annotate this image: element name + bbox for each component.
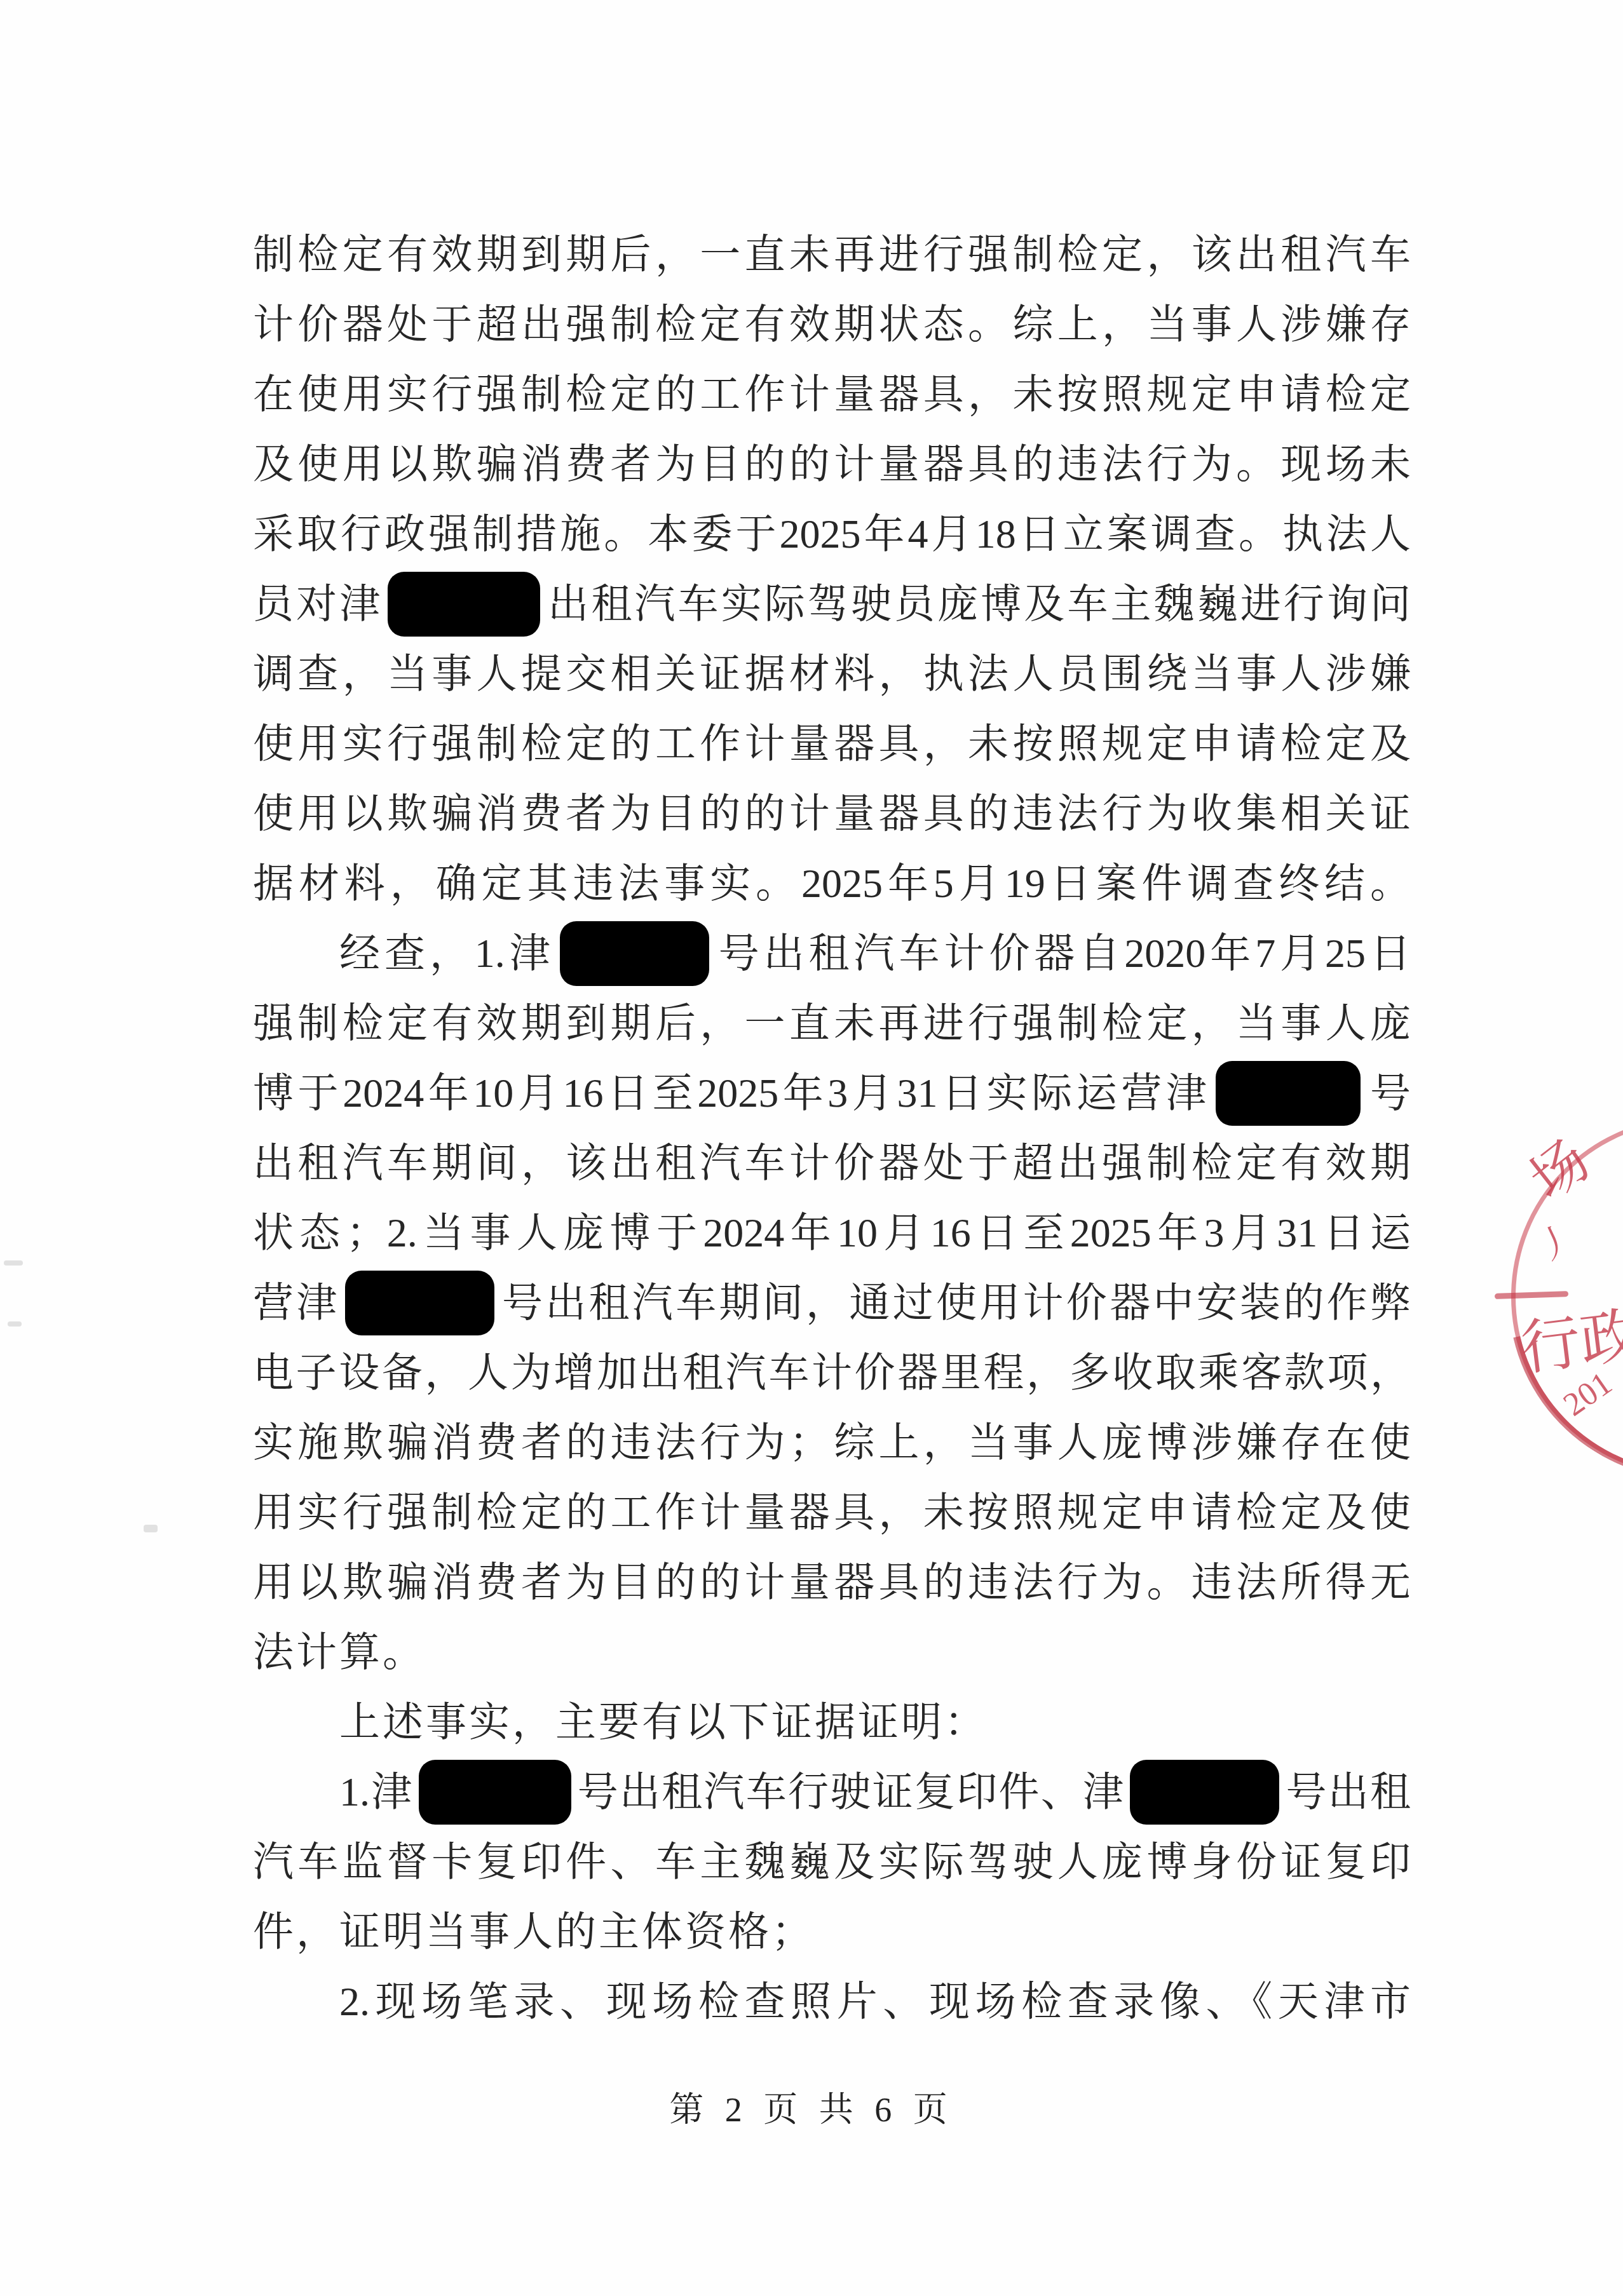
text-segment: 采取行政强制措施。本委于2025年4月18日立案调查。执法人 xyxy=(253,511,1411,557)
text-line: 制检定有效期到期后，一直未再进行强制检定，该出租汽车 xyxy=(253,220,1411,290)
page-footer: 第 2 页 共 6 页 xyxy=(0,2083,1623,2131)
text-segment: 状态；2.当事人庞博于2024年10月16日至2025年3月31日运 xyxy=(253,1210,1411,1255)
text-line: 及使用以欺骗消费者为目的的计量器具的违法行为。现场未 xyxy=(253,429,1411,499)
text-line: 在使用实行强制检定的工作计量器具，未按照规定申请检定 xyxy=(253,360,1411,429)
text-line: 员对津出租汽车实际驾驶员庞博及车主魏巍进行询问 xyxy=(253,569,1411,639)
text-segment: 汽车监督卡复印件、车主魏巍及实际驾驶人庞博身份证复印 xyxy=(253,1839,1411,1884)
redaction-bar xyxy=(345,1271,494,1335)
text-segment: 号出租汽车期间，通过使用计价器中安装的作弊 xyxy=(499,1280,1411,1325)
text-line: 使用以欺骗消费者为目的的计量器具的违法行为收集相关证 xyxy=(253,779,1411,849)
text-segment: 在使用实行强制检定的工作计量器具，未按照规定申请检定 xyxy=(253,372,1411,417)
text-line: 调查，当事人提交相关证据材料，执法人员围绕当事人涉嫌 xyxy=(253,639,1411,709)
text-line: 用以欺骗消费者为目的的计量器具的违法行为。违法所得无 xyxy=(253,1548,1411,1617)
redaction-bar xyxy=(560,921,709,986)
text-line: 据材料，确定其违法事实。2025年5月19日案件调查终结。 xyxy=(253,849,1411,919)
text-segment: 号出租 xyxy=(1284,1769,1411,1814)
text-line: 1.津号出租汽车行驶证复印件、津号出租 xyxy=(253,1757,1411,1827)
scan-artifact xyxy=(4,1260,23,1266)
text-segment: 使用以欺骗消费者为目的的计量器具的违法行为收集相关证 xyxy=(253,791,1411,836)
text-segment: 出租汽车实际驾驶员庞博及车主魏巍进行询问 xyxy=(545,581,1411,626)
text-line: 2.现场笔录、现场检查照片、现场检查录像、《天津市 xyxy=(253,1967,1411,2037)
text-segment: 用实行强制检定的工作计量器具，未按照规定申请检定及使 xyxy=(253,1490,1411,1535)
text-line: 计价器处于超出强制检定有效期状态。综上，当事人涉嫌存 xyxy=(253,290,1411,360)
text-line: 强制检定有效期到期后，一直未再进行强制检定，当事人庞 xyxy=(253,989,1411,1058)
document-body: 制检定有效期到期后，一直未再进行强制检定，该出租汽车计价器处于超出强制检定有效期… xyxy=(253,220,1411,2037)
text-line: 电子设备，人为增加出租汽车计价器里程，多收取乘客款项， xyxy=(253,1338,1411,1408)
text-segment: 出租汽车期间，该出租汽车计价器处于超出强制检定有效期 xyxy=(253,1140,1411,1185)
text-line: 上述事实，主要有以下证据证明： xyxy=(253,1687,1411,1757)
text-segment: 强制检定有效期到期后，一直未再进行强制检定，当事人庞 xyxy=(253,1001,1411,1046)
text-segment: 电子设备，人为增加出租汽车计价器里程，多收取乘客款项， xyxy=(253,1350,1411,1395)
text-segment: 1.津 xyxy=(339,1769,414,1814)
scan-artifact xyxy=(8,1321,22,1327)
text-segment: 号出租汽车计价器自2020年7月25日 xyxy=(714,931,1411,976)
text-line: 博于2024年10月16日至2025年3月31日实际运营津号 xyxy=(253,1058,1411,1128)
text-segment: 上述事实，主要有以下证据证明： xyxy=(339,1699,988,1745)
redaction-bar xyxy=(1130,1760,1279,1825)
text-segment: 实施欺骗消费者的违法行为；综上，当事人庞博涉嫌存在使 xyxy=(253,1420,1411,1465)
text-segment: 用以欺骗消费者为目的的计量器具的违法行为。违法所得无 xyxy=(253,1560,1411,1605)
text-line: 使用实行强制检定的工作计量器具，未按照规定申请检定及 xyxy=(253,709,1411,779)
text-line: 采取行政强制措施。本委于2025年4月18日立案调查。执法人 xyxy=(253,499,1411,569)
text-line: 经查，1.津号出租汽车计价器自2020年7月25日 xyxy=(253,919,1411,989)
text-segment: 件，证明当事人的主体资格； xyxy=(253,1909,815,1954)
text-segment: 法计算。 xyxy=(253,1630,426,1675)
text-segment: 及使用以欺骗消费者为目的的计量器具的违法行为。现场未 xyxy=(253,442,1411,487)
text-segment: 博于2024年10月16日至2025年3月31日实际运营津 xyxy=(253,1070,1211,1116)
text-line: 用实行强制检定的工作计量器具，未按照规定申请检定及使 xyxy=(253,1478,1411,1548)
text-segment: 调查，当事人提交相关证据材料，执法人员围绕当事人涉嫌 xyxy=(253,651,1411,696)
scan-artifact xyxy=(144,1525,158,1532)
text-segment: 经查，1.津 xyxy=(339,931,555,976)
text-line: 状态；2.当事人庞博于2024年10月16日至2025年3月31日运 xyxy=(253,1198,1411,1268)
text-segment: 使用实行强制检定的工作计量器具，未按照规定申请检定及 xyxy=(253,721,1411,766)
document-page: 制检定有效期到期后，一直未再进行强制检定，该出租汽车计价器处于超出强制检定有效期… xyxy=(0,0,1623,2296)
text-segment: 计价器处于超出强制检定有效期状态。综上，当事人涉嫌存 xyxy=(253,302,1411,347)
text-line: 法计算。 xyxy=(253,1617,1411,1687)
redaction-bar xyxy=(1216,1061,1361,1126)
text-line: 营津号出租汽车期间，通过使用计价器中安装的作弊 xyxy=(253,1268,1411,1338)
text-line: 实施欺骗消费者的违法行为；综上，当事人庞博涉嫌存在使 xyxy=(253,1408,1411,1478)
text-segment: 营津 xyxy=(253,1280,340,1325)
text-line: 汽车监督卡复印件、车主魏巍及实际驾驶人庞博身份证复印 xyxy=(253,1827,1411,1897)
redaction-bar xyxy=(388,572,540,637)
text-line: 出租汽车期间，该出租汽车计价器处于超出强制检定有效期 xyxy=(253,1128,1411,1198)
text-line: 件，证明当事人的主体资格； xyxy=(253,1897,1411,1967)
text-segment: 号 xyxy=(1366,1070,1411,1116)
text-segment: 员对津 xyxy=(253,581,383,626)
redaction-bar xyxy=(419,1760,571,1825)
text-segment: 2.现场笔录、现场检查照片、现场检查录像、《天津市 xyxy=(339,1979,1411,2024)
text-segment: 制检定有效期到期后，一直未再进行强制检定，该出租汽车 xyxy=(253,232,1411,277)
text-segment: 号出租汽车行驶证复印件、津 xyxy=(576,1769,1125,1814)
text-segment: 据材料，确定其违法事实。2025年5月19日案件调查终结。 xyxy=(253,861,1411,906)
